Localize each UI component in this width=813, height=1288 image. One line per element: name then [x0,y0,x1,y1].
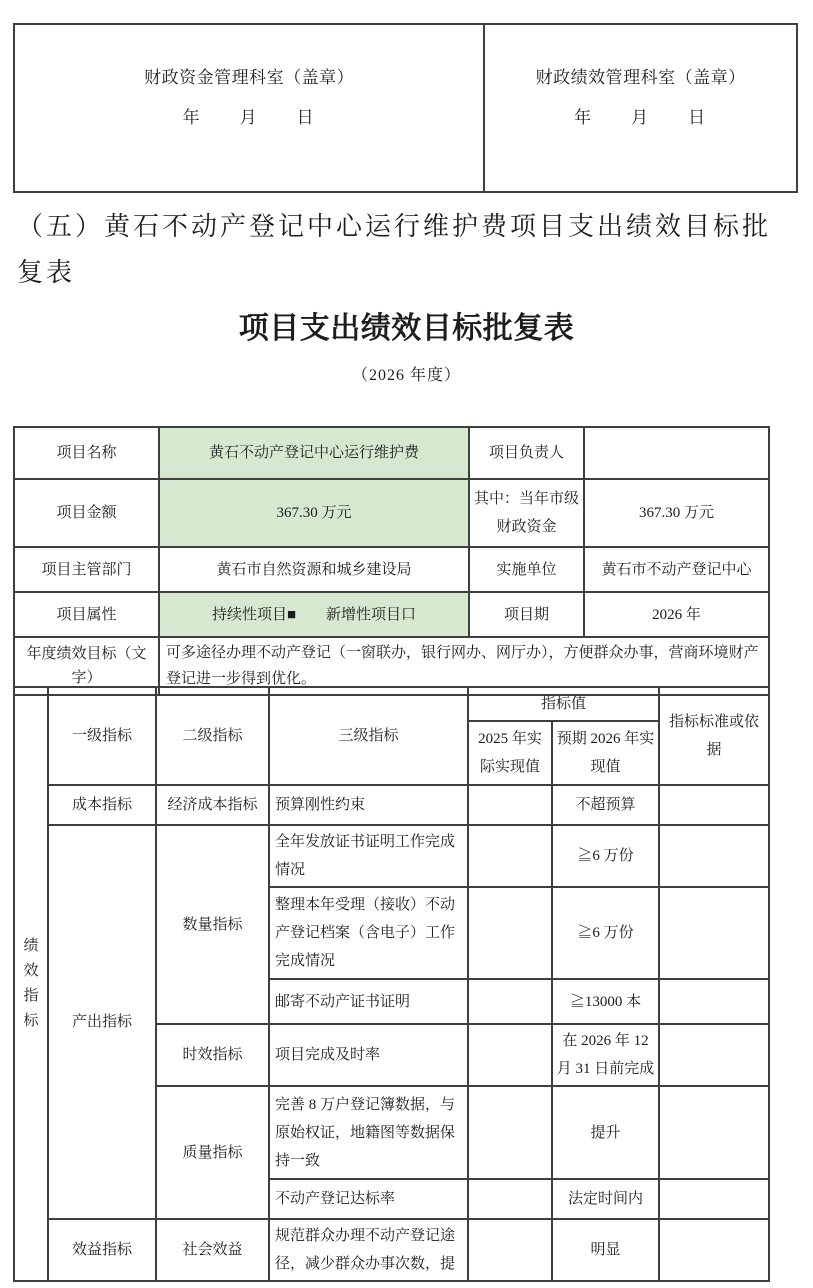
level2-social-benefit: 社会效益 [156,1219,269,1281]
level1-output: 产出指标 [48,825,156,1219]
value-2026-cell: ≧13000 本 [552,979,659,1024]
table-row: 成本指标 经济成本指标 预算刚性约束 不超预算 [14,785,769,825]
level3-cell: 项目完成及时率 [269,1024,468,1086]
stamp-title-performance-management: 财政绩效管理科室（盖章） [536,63,746,88]
table-row: 项目金额 367.30 万元 其中：当年市级财政资金 367.30 万元 [14,479,769,547]
standard-cell [659,1024,769,1086]
stamp-date-line-right: 年 月 日 [574,103,707,128]
project-name-label: 项目名称 [14,427,159,479]
header-actual-2025: 2025 年实际实现值 [468,721,552,785]
indicator-side-label-text: 绩效指标 [23,934,39,1034]
indicator-table: 绩效指标 一级指标 二级指标 三级指标 指标值 指标标准或依据 2025 年实际… [13,686,770,1282]
stamp-cell-performance-management: 财政绩效管理科室（盖章） 年 月 日 [485,25,796,191]
level3-cell: 整理本年受理（接收）不动产登记档案（含电子）工作完成情况 [269,887,468,979]
doc-title: 项目支出绩效目标批复表 [0,303,813,347]
value-2025-cell [468,887,552,979]
standard-cell [659,1179,769,1219]
level3-cell: 规范群众办理不动产登记途径，减少群众办事次数，提 [269,1219,468,1281]
value-2025-cell [468,1219,552,1281]
standard-cell [659,979,769,1024]
section-heading: （五）黄石不动产登记中心运行维护费项目支出绩效目标批复表 [17,204,799,296]
project-leader-value [584,427,769,479]
standard-cell [659,785,769,825]
header-level3: 三级指标 [269,687,468,785]
project-amount-value: 367.30 万元 [159,479,469,547]
level3-cell: 预算刚性约束 [269,785,468,825]
standard-cell [659,1086,769,1179]
value-2025-cell [468,1024,552,1086]
project-name-value: 黄石不动产登记中心运行维护费 [159,427,469,479]
header-standard: 指标标准或依据 [659,687,769,785]
table-row: 项目主管部门 黄石市自然资源和城乡建设局 实施单位 黄石市不动产登记中心 [14,547,769,592]
city-fund-value: 367.30 万元 [584,479,769,547]
value-2025-cell [468,1179,552,1219]
header-level1: 一级指标 [48,687,156,785]
attribute-label: 项目属性 [14,592,159,637]
value-2026-cell: 法定时间内 [552,1179,659,1219]
value-2025-cell [468,1086,552,1179]
level2-quality: 质量指标 [156,1086,269,1219]
level3-cell: 完善 8 万户登记簿数据，与原始权证，地籍图等数据保持一致 [269,1086,468,1179]
level2-quantity: 数量指标 [156,825,269,1024]
stamp-date-line-left: 年 月 日 [183,103,316,128]
value-2025-cell [468,785,552,825]
dept-label: 项目主管部门 [14,547,159,592]
level1-cost: 成本指标 [48,785,156,825]
period-value: 2026 年 [584,592,769,637]
project-leader-label: 项目负责人 [469,427,584,479]
document-page: 财政资金管理科室（盖章） 年 月 日 财政绩效管理科室（盖章） 年 月 日 （五… [0,0,813,1288]
table-row: 效益指标 社会效益 规范群众办理不动产登记途径，减少群众办事次数，提 明显 [14,1219,769,1281]
value-2025-cell [468,979,552,1024]
table-row: 项目名称 黄石不动产登记中心运行维护费 项目负责人 [14,427,769,479]
indicator-side-label: 绩效指标 [14,687,48,1281]
value-2026-cell: 提升 [552,1086,659,1179]
impl-unit-value: 黄石市不动产登记中心 [584,547,769,592]
value-2026-cell: 明显 [552,1219,659,1281]
stamp-title-fund-management: 财政资金管理科室（盖章） [144,63,354,88]
impl-unit-label: 实施单位 [469,547,584,592]
value-2026-cell: 在 2026 年 12 月 31 日前完成 [552,1024,659,1086]
standard-cell [659,825,769,887]
table-row: 项目属性 持续性项目■ 新增性项目口 项目期 2026 年 [14,592,769,637]
city-fund-label: 其中：当年市级财政资金 [469,479,584,547]
stamp-cell-fund-management: 财政资金管理科室（盖章） 年 月 日 [15,25,485,191]
table-row: 绩效指标 一级指标 二级指标 三级指标 指标值 指标标准或依据 [14,687,769,721]
value-2025-cell [468,825,552,887]
value-2026-cell: 不超预算 [552,785,659,825]
standard-cell [659,887,769,979]
level1-benefit: 效益指标 [48,1219,156,1281]
period-label: 项目期 [469,592,584,637]
level3-cell: 邮寄不动产证书证明 [269,979,468,1024]
level3-cell: 不动产登记达标率 [269,1179,468,1219]
standard-cell [659,1219,769,1281]
stamp-box: 财政资金管理科室（盖章） 年 月 日 财政绩效管理科室（盖章） 年 月 日 [13,23,798,193]
level2-timeliness: 时效指标 [156,1024,269,1086]
dept-value: 黄石市自然资源和城乡建设局 [159,547,469,592]
attribute-value: 持续性项目■ 新增性项目口 [159,592,469,637]
value-2026-cell: ≧6 万份 [552,825,659,887]
level3-cell: 全年发放证书证明工作完成情况 [269,825,468,887]
project-info-table: 项目名称 黄石不动产登记中心运行维护费 项目负责人 项目金额 367.30 万元… [13,426,770,696]
header-level2: 二级指标 [156,687,269,785]
table-row: 产出指标 数量指标 全年发放证书证明工作完成情况 ≧6 万份 [14,825,769,887]
value-2026-cell: ≧6 万份 [552,887,659,979]
project-amount-label: 项目金额 [14,479,159,547]
doc-subtitle: （2026 年度） [0,362,813,385]
header-expected-2026: 预期 2026 年实现值 [552,721,659,785]
header-value-group: 指标值 [468,687,659,721]
level2-economic-cost: 经济成本指标 [156,785,269,825]
